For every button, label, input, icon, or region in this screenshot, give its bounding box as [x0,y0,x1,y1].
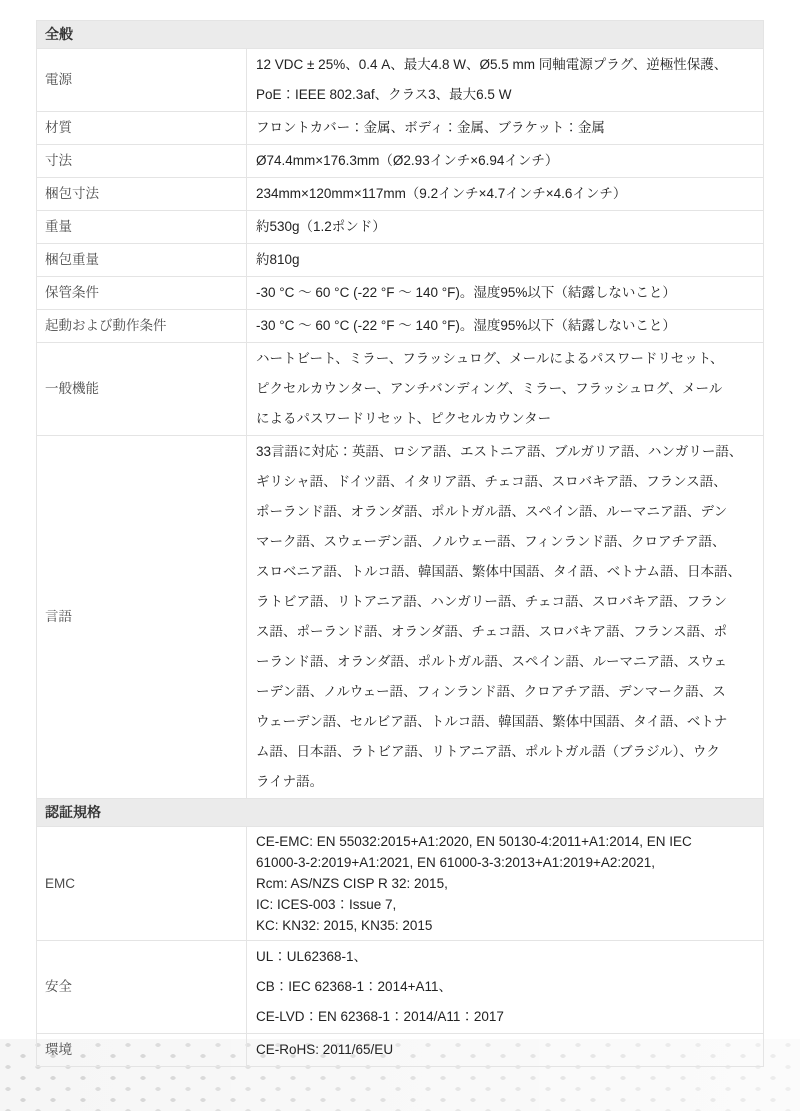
spec-label: 環境 [37,1034,247,1067]
section-title: 認証規格 [37,799,764,827]
spec-value-line: Rcm: AS/NZS CISP R 32: 2015, [256,873,755,894]
spec-value-line: ム語、日本語、ラトビア語、リトアニア語、ポルトガル語（ブラジル）、ウク [256,737,755,767]
spec-value: UL：UL62368-1、 CB：IEC 62368-1：2014+A11、 C… [247,941,764,1034]
spec-value: 12 VDC ± 25%、0.4 A、最大4.8 W、Ø5.5 mm 同軸電源プ… [247,49,764,112]
spec-row-dimensions: 寸法 Ø74.4mm×176.3mm（Ø2.93インチ×6.94インチ） [37,145,764,178]
spec-value: Ø74.4mm×176.3mm（Ø2.93インチ×6.94インチ） [247,145,764,178]
spec-value-line: ポーランド語、オランダ語、ポルトガル語、スペイン語、ルーマニア語、デン [256,497,755,527]
spec-row-storage-conditions: 保管条件 -30 °C ～ 60 °C (-22 °F ～ 140 °F)。湿度… [37,277,764,310]
spec-value-line: ーランド語、オランダ語、ポルトガル語、スペイン語、ルーマニア語、スウェ [256,647,755,677]
spec-label: 重量 [37,211,247,244]
spec-row-power: 電源 12 VDC ± 25%、0.4 A、最大4.8 W、Ø5.5 mm 同軸… [37,49,764,112]
spec-value-line: 12 VDC ± 25%、0.4 A、最大4.8 W、Ø5.5 mm 同軸電源プ… [256,50,755,80]
spec-value: 234mm×120mm×117mm（9.2インチ×4.7インチ×4.6インチ） [247,178,764,211]
section-header-certifications: 認証規格 [37,799,764,827]
spec-row-safety: 安全 UL：UL62368-1、 CB：IEC 62368-1：2014+A11… [37,941,764,1034]
spec-value-line: スロベニア語、トルコ語、韓国語、繁体中国語、タイ語、ベトナム語、日本語、 [256,557,755,587]
spec-value-line: ウェーデン語、セルビア語、トルコ語、韓国語、繁体中国語、タイ語、ベトナ [256,707,755,737]
spec-label: 電源 [37,49,247,112]
spec-value-line: 61000-3-2:2019+A1:2021, EN 61000-3-3:201… [256,852,755,873]
spec-value-line: ハートビート、ミラー、フラッシュログ、メールによるパスワードリセット、 [256,344,755,374]
spec-value-line: ス語、ポーランド語、オランダ語、チェコ語、スロバキア語、フランス語、ポ [256,617,755,647]
spec-value-line: CE-LVD：EN 62368-1：2014/A11：2017 [256,1002,755,1032]
spec-value-line: ピクセルカウンター、アンチバンディング、ミラー、フラッシュログ、メール [256,374,755,404]
spec-row-languages: 言語 33言語に対応：英語、ロシア語、エストニア語、ブルガリア語、ハンガリー語、… [37,436,764,799]
spec-value-line: ーデン語、ノルウェー語、フィンランド語、クロアチア語、デンマーク語、ス [256,677,755,707]
spec-value: -30 °C ～ 60 °C (-22 °F ～ 140 °F)。湿度95%以下… [247,310,764,343]
spec-value-line: -30 °C ～ 60 °C (-22 °F ～ 140 °F)。湿度95%以下… [256,311,755,341]
spec-row-package-dimensions: 梱包寸法 234mm×120mm×117mm（9.2インチ×4.7インチ×4.6… [37,178,764,211]
spec-label: 起動および動作条件 [37,310,247,343]
spec-table: 全般 電源 12 VDC ± 25%、0.4 A、最大4.8 W、Ø5.5 mm… [36,20,764,1067]
spec-value-line: 234mm×120mm×117mm（9.2インチ×4.7インチ×4.6インチ） [256,179,755,209]
spec-value-line: によるパスワードリセット、ピクセルカウンター [256,404,755,434]
spec-value: -30 °C ～ 60 °C (-22 °F ～ 140 °F)。湿度95%以下… [247,277,764,310]
spec-label: 安全 [37,941,247,1034]
spec-label: EMC [37,827,247,941]
spec-value-line: Ø74.4mm×176.3mm（Ø2.93インチ×6.94インチ） [256,146,755,176]
spec-label: 梱包重量 [37,244,247,277]
spec-label: 保管条件 [37,277,247,310]
spec-value-line: CE-EMC: EN 55032:2015+A1:2020, EN 50130-… [256,831,755,852]
spec-value-line: フロントカバー：金属、ボディ：金属、ブラケット：金属 [256,113,755,143]
spec-label: 梱包寸法 [37,178,247,211]
spec-label: 寸法 [37,145,247,178]
spec-label: 材質 [37,112,247,145]
spec-value-line: マーク語、スウェーデン語、ノルウェー語、フィンランド語、クロアチア語、 [256,527,755,557]
spec-value-line: -30 °C ～ 60 °C (-22 °F ～ 140 °F)。湿度95%以下… [256,278,755,308]
spec-value-line: ラトビア語、リトアニア語、ハンガリー語、チェコ語、スロバキア語、フラン [256,587,755,617]
spec-value: CE-EMC: EN 55032:2015+A1:2020, EN 50130-… [247,827,764,941]
spec-row-material: 材質 フロントカバー：金属、ボディ：金属、ブラケット：金属 [37,112,764,145]
spec-value-line: UL：UL62368-1、 [256,942,755,972]
spec-value-line: ギリシャ語、ドイツ語、イタリア語、チェコ語、スロバキア語、フランス語、 [256,467,755,497]
spec-row-operating-conditions: 起動および動作条件 -30 °C ～ 60 °C (-22 °F ～ 140 °… [37,310,764,343]
spec-row-environment: 環境 CE-RoHS: 2011/65/EU [37,1034,764,1067]
section-title: 全般 [37,21,764,49]
spec-label: 言語 [37,436,247,799]
spec-value: ハートビート、ミラー、フラッシュログ、メールによるパスワードリセット、 ピクセル… [247,343,764,436]
spec-value: 約530g（1.2ポンド） [247,211,764,244]
spec-value-line: 約530g（1.2ポンド） [256,212,755,242]
spec-value: フロントカバー：金属、ボディ：金属、ブラケット：金属 [247,112,764,145]
spec-value-line: ライナ語。 [256,767,755,797]
spec-label: 一般機能 [37,343,247,436]
spec-row-emc: EMC CE-EMC: EN 55032:2015+A1:2020, EN 50… [37,827,764,941]
section-header-general: 全般 [37,21,764,49]
spec-value-line: PoE：IEEE 802.3af、クラス3、最大6.5 W [256,80,755,110]
spec-row-general-features: 一般機能 ハートビート、ミラー、フラッシュログ、メールによるパスワードリセット、… [37,343,764,436]
spec-value-line: 33言語に対応：英語、ロシア語、エストニア語、ブルガリア語、ハンガリー語、 [256,437,755,467]
spec-value: CE-RoHS: 2011/65/EU [247,1034,764,1067]
spec-row-package-weight: 梱包重量 約810g [37,244,764,277]
spec-value-line: IC: ICES-003：Issue 7, [256,894,755,915]
spec-value-line: 約810g [256,245,755,275]
spec-value: 33言語に対応：英語、ロシア語、エストニア語、ブルガリア語、ハンガリー語、 ギリ… [247,436,764,799]
spec-row-weight: 重量 約530g（1.2ポンド） [37,211,764,244]
spec-value-line: CB：IEC 62368-1：2014+A11、 [256,972,755,1002]
spec-value-line: CE-RoHS: 2011/65/EU [256,1035,755,1065]
spec-value-line: KC: KN32: 2015, KN35: 2015 [256,915,755,936]
spec-value: 約810g [247,244,764,277]
